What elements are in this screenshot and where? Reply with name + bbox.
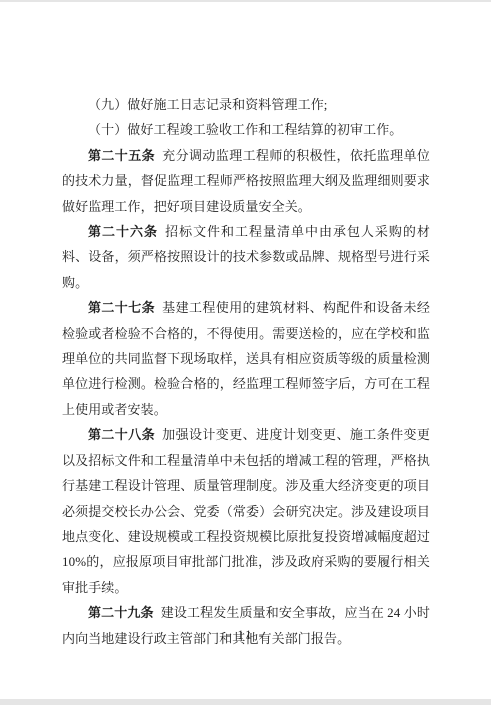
paragraph-text: （九）做好施工日志记录和资料管理工作; bbox=[88, 97, 328, 112]
document-body: （九）做好施工日志记录和资料管理工作; （十）做好工程竣工验收工作和工程结算的初… bbox=[62, 92, 430, 651]
page-number: - 11 - bbox=[0, 628, 491, 643]
paragraph-text: 加强设计变更、进度计划变更、施工条件变更以及招标文件和工程量清单中未包括的增减工… bbox=[62, 427, 430, 594]
clause-paragraph: 第二十七条基建工程使用的建筑材料、构配件和设备未经检验或者检验不合格的，不得使用… bbox=[62, 295, 430, 422]
clause-number: 第二十五条 bbox=[88, 148, 155, 163]
clause-number: 第二十七条 bbox=[88, 300, 155, 315]
clause-number: 第二十八条 bbox=[88, 427, 155, 442]
clause-number: 第二十九条 bbox=[88, 605, 154, 620]
list-item: （九）做好施工日志记录和资料管理工作; bbox=[62, 92, 430, 117]
clause-paragraph: 第二十六条招标文件和工程量清单中由承包人采购的材料、设备，须严格按照设计的技术参… bbox=[62, 219, 430, 295]
clause-number: 第二十六条 bbox=[88, 224, 158, 239]
page-edge-top bbox=[0, 0, 491, 2]
document-page: （九）做好施工日志记录和资料管理工作; （十）做好工程竣工验收工作和工程结算的初… bbox=[0, 0, 491, 705]
clause-paragraph: 第二十五条充分调动监理工程师的积极性，依托监理单位的技术力量，督促监理工程师严格… bbox=[62, 143, 430, 219]
page-edge-bottom bbox=[0, 699, 491, 705]
paragraph-text: （十）做好工程竣工验收工作和工程结算的初审工作。 bbox=[88, 122, 402, 137]
paragraph-text: 基建工程使用的建筑材料、构配件和设备未经检验或者检验不合格的，不得使用。需要送检… bbox=[62, 300, 430, 417]
clause-paragraph: 第二十九条建设工程发生质量和安全事故，应当在 24 小时内向当地建设行政主管部门… bbox=[62, 600, 430, 651]
list-item: （十）做好工程竣工验收工作和工程结算的初审工作。 bbox=[62, 117, 430, 142]
clause-paragraph: 第二十八条加强设计变更、进度计划变更、施工条件变更以及招标文件和工程量清单中未包… bbox=[62, 422, 430, 600]
